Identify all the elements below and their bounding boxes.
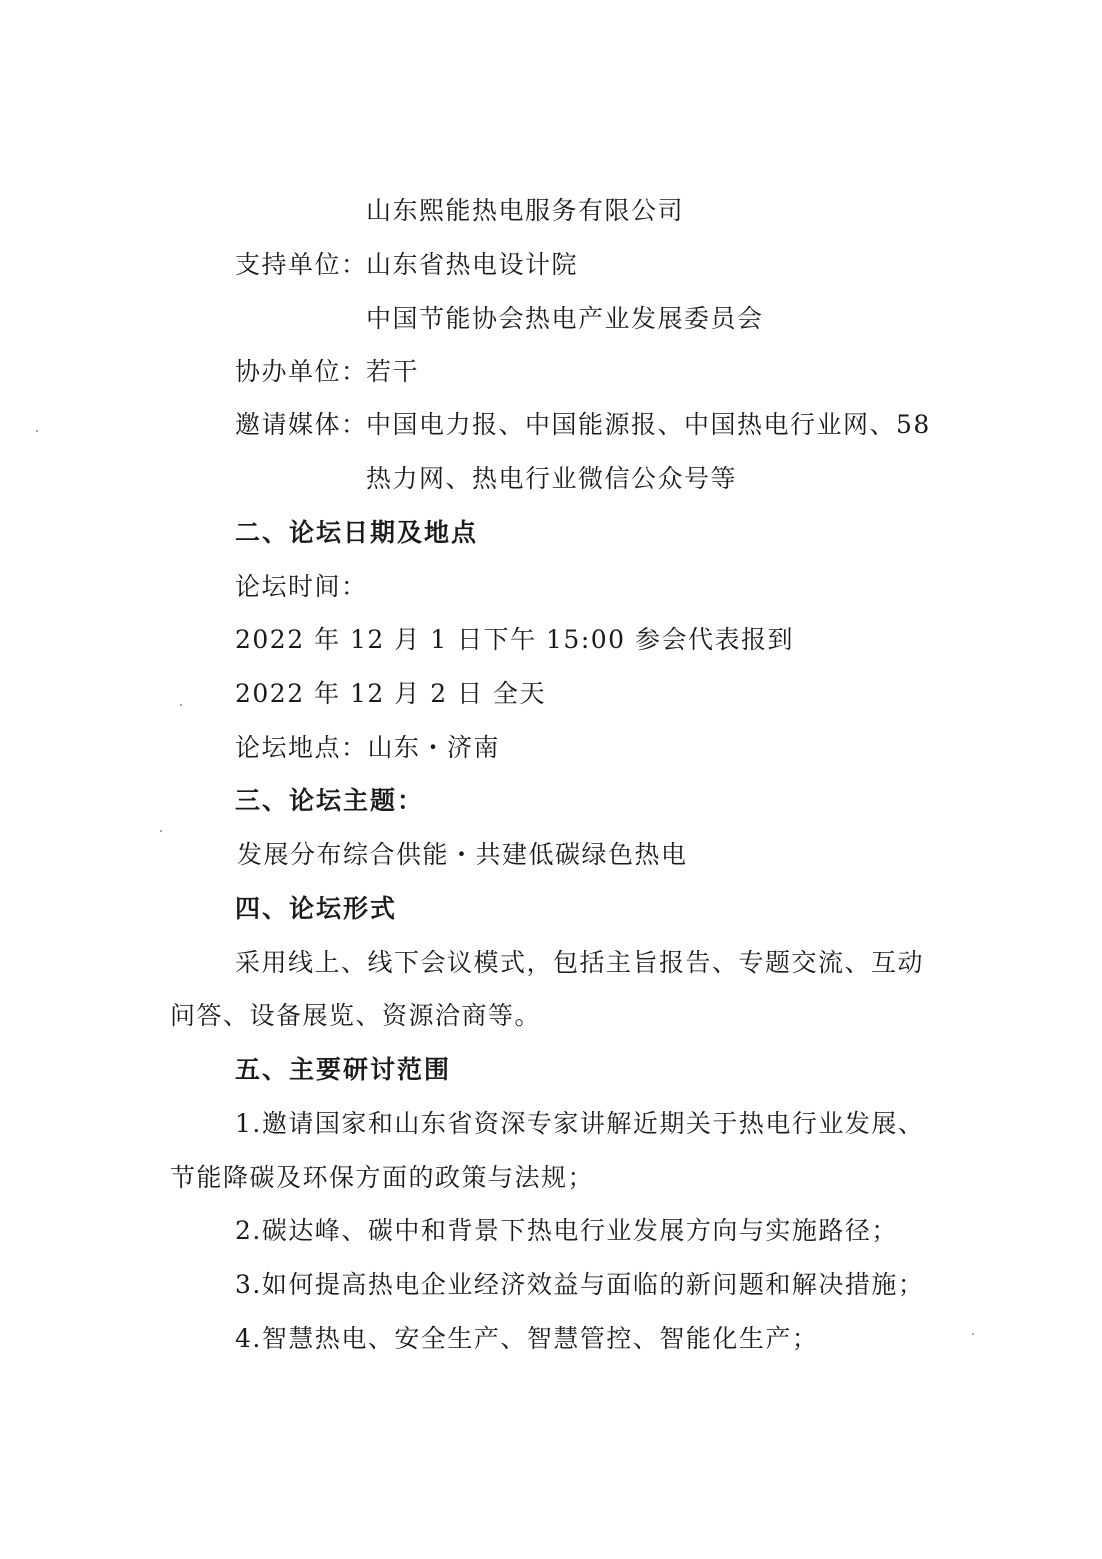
forum-location: 论坛地点：山东・济南 (235, 733, 500, 763)
co-organizer-value: 若干 (366, 357, 419, 387)
forum-time-2: 2022 年 12 月 2 日 全天 (235, 679, 546, 709)
support-item: 山东省热电设计院 (366, 250, 578, 280)
section-heading-5: 五、主要研讨范围 (235, 1055, 451, 1085)
topic-item-2: 2.碳达峰、碳中和背景下热电行业发展方向与实施路径； (235, 1216, 898, 1246)
support-label: 支持单位： (235, 250, 368, 280)
media-line-1: 中国电力报、中国能源报、中国热电行业网、58 (366, 410, 931, 440)
forum-time-label: 论坛时间： (235, 572, 368, 602)
topic-item-3: 3.如何提高热电企业经济效益与面临的新问题和解决措施； (235, 1270, 924, 1300)
topic-item-1-line-1: 1.邀请国家和山东省资深专家讲解近期关于热电行业发展、 (235, 1109, 924, 1139)
section-heading-3: 三、论坛主题： (235, 786, 424, 816)
section-heading-4: 四、论坛形式 (235, 894, 397, 924)
media-label: 邀请媒体： (235, 410, 368, 440)
forum-theme: 发展分布综合供能・共建低碳绿色热电 (237, 840, 688, 870)
support-item: 中国节能协会热电产业发展委员会 (366, 304, 764, 334)
scan-speck (972, 1333, 974, 1335)
section-heading-2: 二、论坛日期及地点 (235, 518, 478, 548)
topic-item-4: 4.智慧热电、安全生产、智慧管控、智能化生产； (235, 1324, 818, 1354)
scan-speck (160, 830, 162, 832)
media-line-2: 热力网、热电行业微信公众号等 (366, 464, 737, 494)
forum-time-1: 2022 年 12 月 1 日下午 15:00 参会代表报到 (235, 625, 794, 655)
co-organizer-label: 协办单位： (235, 357, 368, 387)
organizer-continued: 山东熙能热电服务有限公司 (366, 196, 684, 226)
format-para-line-1: 采用线上、线下会议模式，包括主旨报告、专题交流、互动 (235, 948, 924, 978)
scan-speck (180, 704, 182, 706)
format-para-line-2: 问答、设备展览、资源洽商等。 (170, 1001, 541, 1031)
topic-item-1-line-2: 节能降碳及环保方面的政策与法规； (170, 1163, 594, 1193)
scan-speck (36, 430, 38, 432)
